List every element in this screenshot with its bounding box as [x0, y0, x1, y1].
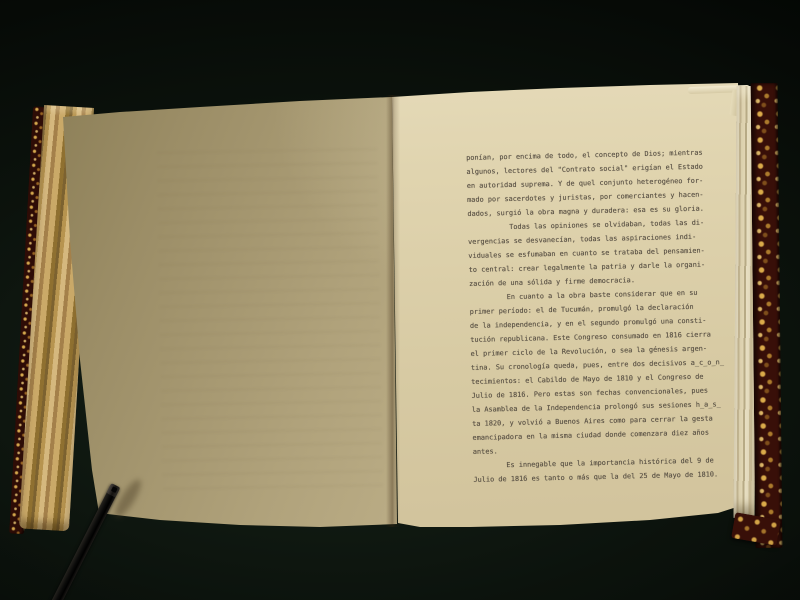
pen-tip-opening — [110, 486, 117, 493]
typewritten-text: ponían, por encima de todo, el concepto … — [466, 145, 727, 487]
book-gutter — [386, 95, 400, 527]
book-binding-right-gilt-edge — [751, 83, 783, 548]
photo-of-open-book: ponían, por encima de todo, el concepto … — [0, 0, 800, 600]
left-page-text-showthrough — [157, 148, 383, 502]
